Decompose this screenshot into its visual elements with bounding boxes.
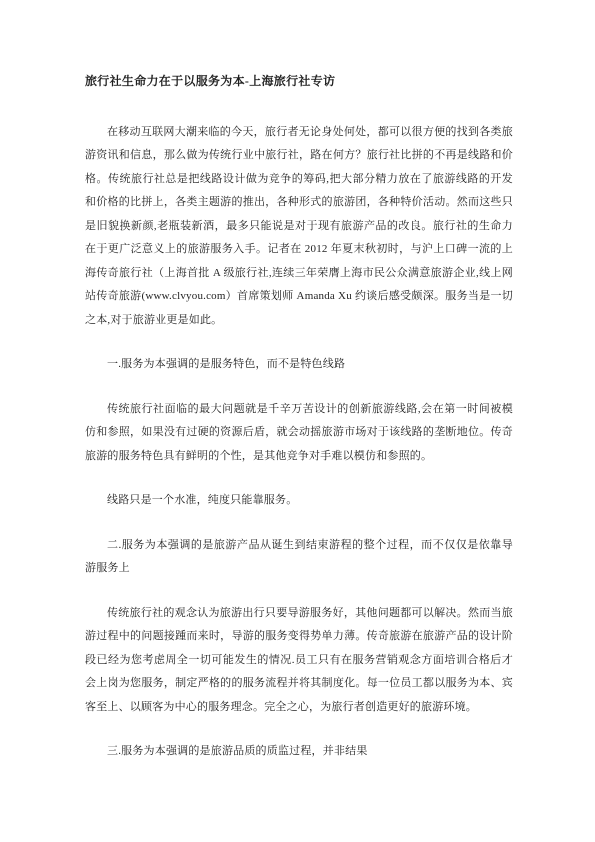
- section-1-summary-line: 线路只是一个水准，纯度只能靠服务。: [85, 489, 513, 513]
- section-2-paragraph: 传统旅行社的观念认为旅游出行只要导游服务好，其他问题都可以解决。然而当旅游过程中…: [85, 602, 513, 720]
- section-heading-3: 三.服务为本强调的是旅游品质的质监过程，并非结果: [85, 740, 513, 764]
- intro-paragraph: 在移动互联网大潮来临的今天，旅行者无论身处何处，都可以很方便的找到各类旅游资讯和…: [85, 121, 513, 333]
- section-heading-1: 一.服务为本强调的是服务特色，而不是特色线路: [85, 353, 513, 377]
- section-heading-2: 二.服务为本强调的是旅游产品从诞生到结束游程的整个过程，而不仅仅是依靠导游服务上: [85, 534, 513, 581]
- document-page: 旅行社生命力在于以服务为本-上海旅行社专访 在移动互联网大潮来临的今天，旅行者无…: [0, 0, 595, 842]
- document-title: 旅行社生命力在于以服务为本-上海旅行社专访: [85, 70, 513, 94]
- section-1-paragraph: 传统旅行社面临的最大问题就是千辛万苦设计的创新旅游线路,会在第一时间被模仿和参照…: [85, 398, 513, 469]
